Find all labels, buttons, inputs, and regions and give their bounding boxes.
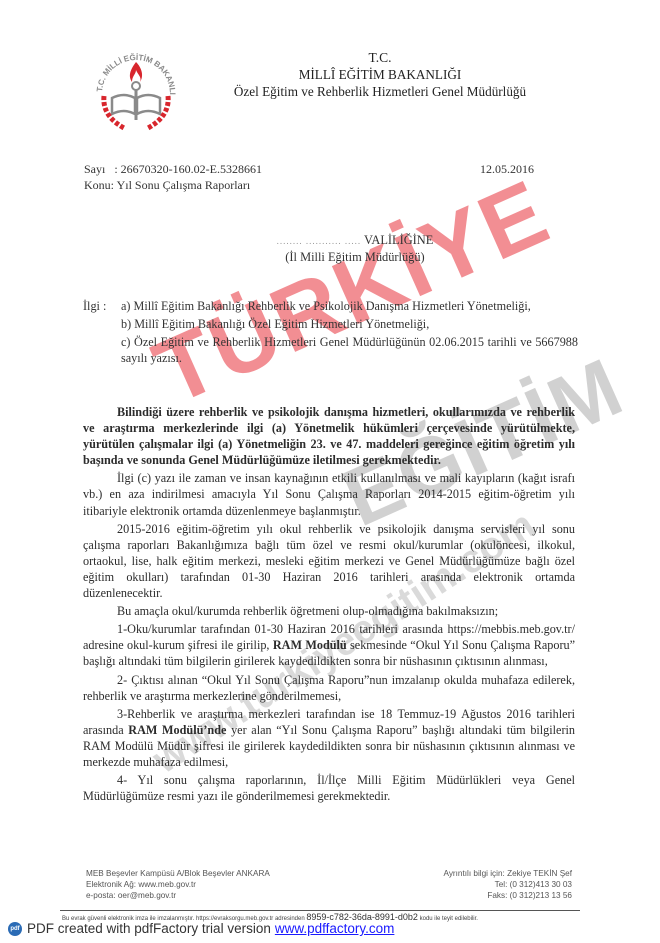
pdf-banner: pdf PDF created with pdfFactory trial ve… <box>8 921 394 936</box>
addressee-title: VALİLİĞİNE <box>364 233 433 247</box>
body-paragraph-5: 1-Oku/kurumlar tarafından 01-30 Haziran … <box>83 621 575 669</box>
references-block: İlgi : a) Millî Eğitim Bakanlığı Rehberl… <box>83 298 578 366</box>
sayi-label: Sayı <box>84 162 105 176</box>
footer-email[interactable]: e-posta: oer@meb.gov.tr <box>86 890 270 901</box>
konu-value: Yıl Sonu Çalışma Raporları <box>117 178 251 192</box>
verification-suffix: kodu ile teyit edilebilir. <box>420 916 478 922</box>
footer-contact: Ayrıntılı bilgi için: Zekiye TEKİN Şef T… <box>400 868 572 901</box>
letter-body: Bilindiği üzere rehberlik ve psikolojik … <box>83 404 575 806</box>
addressee: ........ ........... ..... VALİLİĞİNE (İ… <box>230 232 480 265</box>
footer-address: MEB Beşevler Kampüsü A/Blok Beşevler ANK… <box>86 868 270 901</box>
footer-divider <box>60 910 580 911</box>
ilgi-item-a: a) Millî Eğitim Bakanlığı Rehberlik ve P… <box>121 298 531 314</box>
document-date: 12.05.2016 <box>480 162 534 177</box>
footer-phone: Tel: (0 312)413 30 03 <box>400 879 572 890</box>
body-paragraph-1: Bilindiği üzere rehberlik ve psikolojik … <box>83 404 575 468</box>
subject: Konu: Yıl Sonu Çalışma Raporları <box>84 178 250 193</box>
body-paragraph-3: 2015-2016 eğitim-öğretim yılı okul rehbe… <box>83 521 575 601</box>
body-paragraph-6: 2- Çıktısı alınan “Okul Yıl Sonu Çalışma… <box>83 672 575 704</box>
letterhead-directorate: Özel Eğitim ve Rehberlik Hizmetleri Gene… <box>190 83 570 100</box>
reference-number: Sayı : 26670320-160.02-E.5328661 <box>84 162 262 177</box>
addressee-placeholder-dots: ........ ........... ..... <box>277 236 362 246</box>
letterhead-tc: T.C. <box>190 49 570 66</box>
konu-label: Konu: <box>84 178 114 192</box>
footer-fax: Faks: (0 312)213 13 56 <box>400 890 572 901</box>
pdffactory-logo-icon: pdf <box>8 922 22 936</box>
footer-website[interactable]: Elektronik Ağ: www.meb.gov.tr <box>86 879 270 890</box>
pdffactory-link[interactable]: www.pdffactory.com <box>275 921 395 936</box>
ilgi-item-c: c) Özel Eğitim ve Rehberlik Hizmetleri G… <box>83 334 578 366</box>
body-paragraph-2: İlgi (c) yazı ile zaman ve insan kaynağı… <box>83 470 575 518</box>
letterhead-ministry: MİLLÎ EĞİTİM BAKANLIĞI <box>190 66 570 83</box>
ilgi-label: İlgi : <box>83 298 121 314</box>
pdf-banner-text: PDF created with pdfFactory trial versio… <box>27 921 271 936</box>
footer-contact-person: Ayrıntılı bilgi için: Zekiye TEKİN Şef <box>400 868 572 879</box>
body-paragraph-4: Bu amaçla okul/kurumda rehberlik öğretme… <box>83 603 575 619</box>
body-paragraph-8: 4- Yıl sonu çalışma raporlarının, İl/İlç… <box>83 772 575 804</box>
ilgi-item-b: b) Millî Eğitim Bakanlığı Özel Eğitim Hi… <box>83 316 578 332</box>
addressee-subtitle: (İl Milli Eğitim Müdürlüğü) <box>230 249 480 265</box>
letterhead: T.C. MİLLÎ EĞİTİM BAKANLIĞI Özel Eğitim … <box>190 49 570 100</box>
meb-emblem-icon: T.C. MİLLİ EĞİTİM BAKANLIĞI <box>88 40 184 136</box>
footer-address-line: MEB Beşevler Kampüsü A/Blok Beşevler ANK… <box>86 868 270 879</box>
sayi-value: : 26670320-160.02-E.5328661 <box>114 162 262 176</box>
body-paragraph-7: 3-Rehberlik ve araştırma merkezleri tara… <box>83 706 575 770</box>
